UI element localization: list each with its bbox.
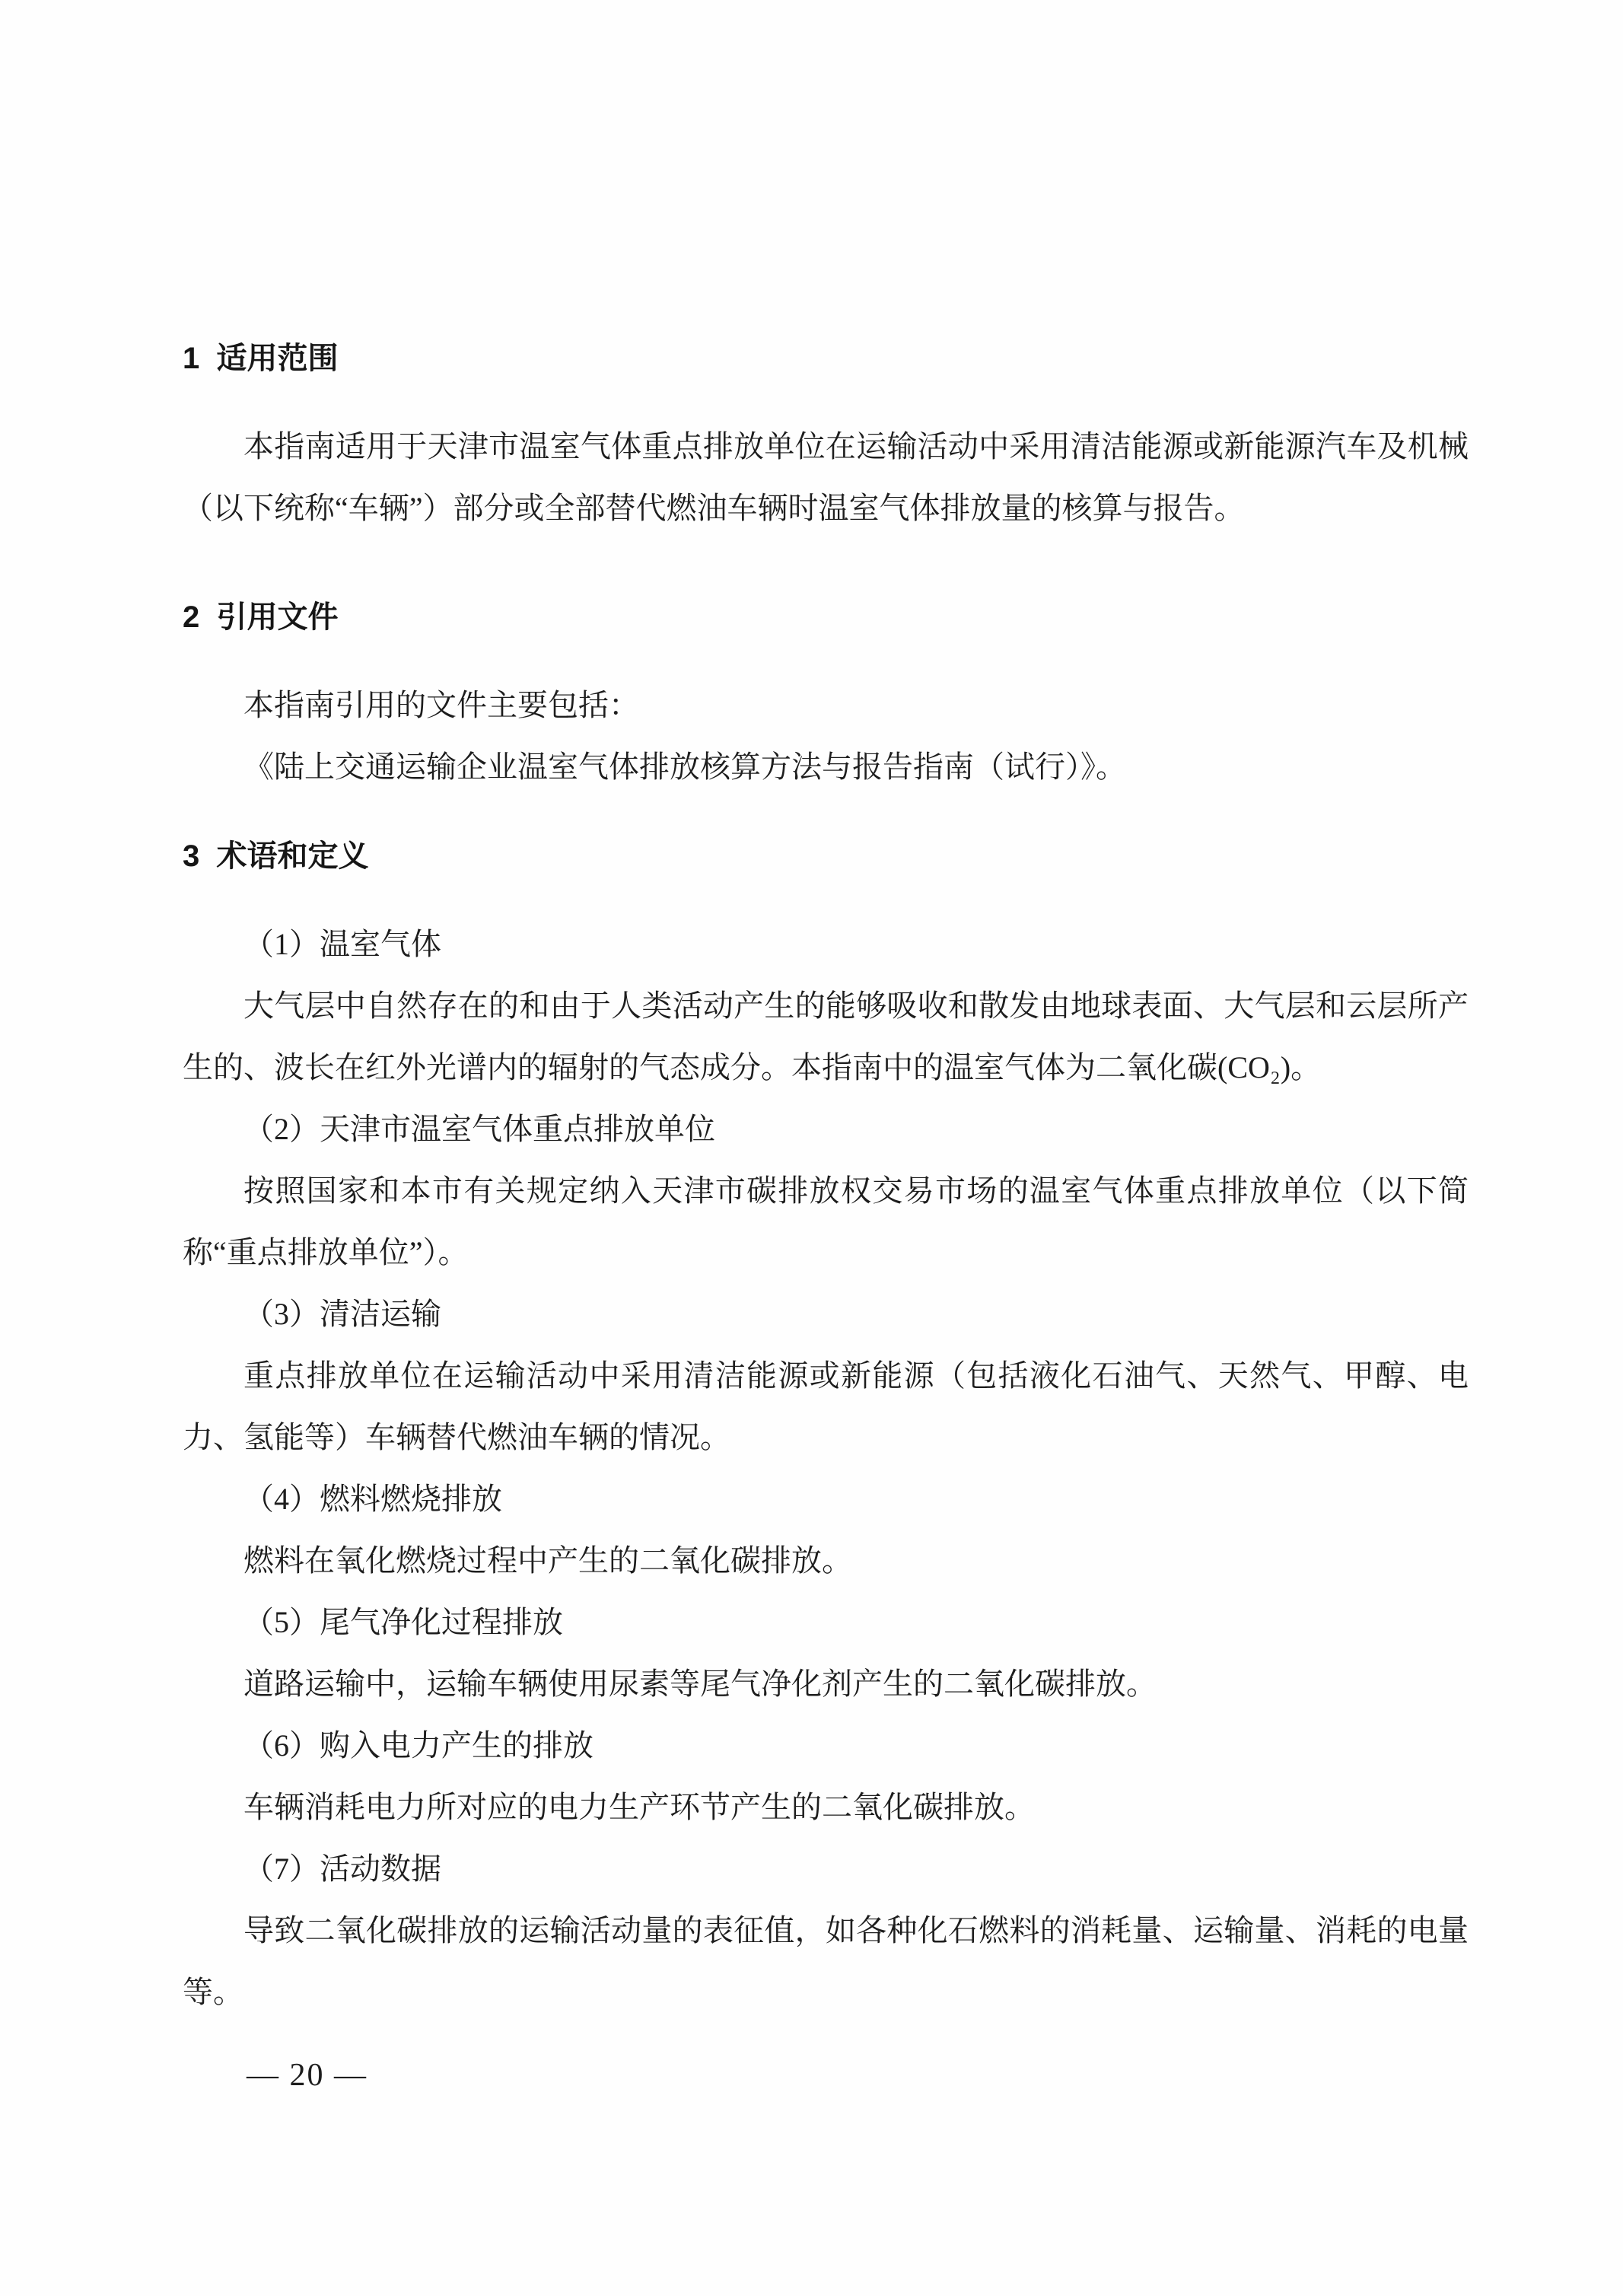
section-applicable-scope: 1 适用范围 本指南适用于天津市温室气体重点排放单位在运输活动中采用清洁能源或新… bbox=[183, 339, 1469, 539]
term-2-label: （2）天津市温室气体重点排放单位 bbox=[183, 1098, 1469, 1160]
section-3-heading: 3 术语和定义 bbox=[183, 837, 1469, 875]
term-item-5: （5）尾气净化过程排放 道路运输中，运输车辆使用尿素等尾气净化剂产生的二氧化碳排… bbox=[183, 1591, 1469, 1715]
term-4-label: （4）燃料燃烧排放 bbox=[183, 1468, 1469, 1530]
term-5-label: （5）尾气净化过程排放 bbox=[183, 1591, 1469, 1653]
term-item-1: （1）温室气体 大气层中自然存在的和由于人类活动产生的能够吸收和散发由地球表面、… bbox=[183, 913, 1469, 1098]
term-item-3: （3）清洁运输 重点排放单位在运输活动中采用清洁能源或新能源（包括液化石油气、天… bbox=[183, 1283, 1469, 1468]
term-7-label: （7）活动数据 bbox=[183, 1838, 1469, 1900]
term-item-6: （6）购入电力产生的排放 车辆消耗电力所对应的电力生产环节产生的二氧化碳排放。 bbox=[183, 1715, 1469, 1838]
term-item-2: （2）天津市温室气体重点排放单位 按照国家和本市有关规定纳入天津市碳排放权交易市… bbox=[183, 1098, 1469, 1283]
term-6-definition: 车辆消耗电力所对应的电力生产环节产生的二氧化碳排放。 bbox=[183, 1776, 1469, 1838]
term-1-definition: 大气层中自然存在的和由于人类活动产生的能够吸收和散发由地球表面、大气层和云层所产… bbox=[183, 975, 1469, 1098]
term-2-definition: 按照国家和本市有关规定纳入天津市碳排放权交易市场的温室气体重点排放单位（以下简称… bbox=[183, 1160, 1469, 1283]
term-item-7: （7）活动数据 导致二氧化碳排放的运输活动量的表征值，如各种化石燃料的消耗量、运… bbox=[183, 1838, 1469, 2023]
section-1-heading: 1 适用范围 bbox=[183, 339, 1469, 377]
section-2-paragraph-reference: 《陆上交通运输企业温室气体排放核算方法与报告指南（试行）》。 bbox=[183, 736, 1469, 798]
document-content: 1 适用范围 本指南适用于天津市温室气体重点排放单位在运输活动中采用清洁能源或新… bbox=[183, 339, 1469, 2023]
document-page: 1 适用范围 本指南适用于天津市温室气体重点排放单位在运输活动中采用清洁能源或新… bbox=[0, 0, 1623, 2296]
term-3-label: （3）清洁运输 bbox=[183, 1283, 1469, 1345]
term-1-label: （1）温室气体 bbox=[183, 913, 1469, 975]
section-terms-definitions: 3 术语和定义 （1）温室气体 大气层中自然存在的和由于人类活动产生的能够吸收和… bbox=[183, 837, 1469, 2023]
page-number: — 20 — bbox=[247, 2056, 368, 2094]
term-item-4: （4）燃料燃烧排放 燃料在氧化燃烧过程中产生的二氧化碳排放。 bbox=[183, 1468, 1469, 1591]
section-2-heading: 2 引用文件 bbox=[183, 598, 1469, 636]
term-6-label: （6）购入电力产生的排放 bbox=[183, 1715, 1469, 1776]
section-1-paragraph: 本指南适用于天津市温室气体重点排放单位在运输活动中采用清洁能源或新能源汽车及机械… bbox=[183, 416, 1469, 539]
term-5-definition: 道路运输中，运输车辆使用尿素等尾气净化剂产生的二氧化碳排放。 bbox=[183, 1653, 1469, 1715]
term-7-definition: 导致二氧化碳排放的运输活动量的表征值，如各种化石燃料的消耗量、运输量、消耗的电量… bbox=[183, 1900, 1469, 2023]
section-2-paragraph-intro: 本指南引用的文件主要包括： bbox=[183, 674, 1469, 736]
term-4-definition: 燃料在氧化燃烧过程中产生的二氧化碳排放。 bbox=[183, 1530, 1469, 1591]
section-referenced-documents: 2 引用文件 本指南引用的文件主要包括： 《陆上交通运输企业温室气体排放核算方法… bbox=[183, 598, 1469, 798]
term-3-definition: 重点排放单位在运输活动中采用清洁能源或新能源（包括液化石油气、天然气、甲醇、电力… bbox=[183, 1345, 1469, 1468]
